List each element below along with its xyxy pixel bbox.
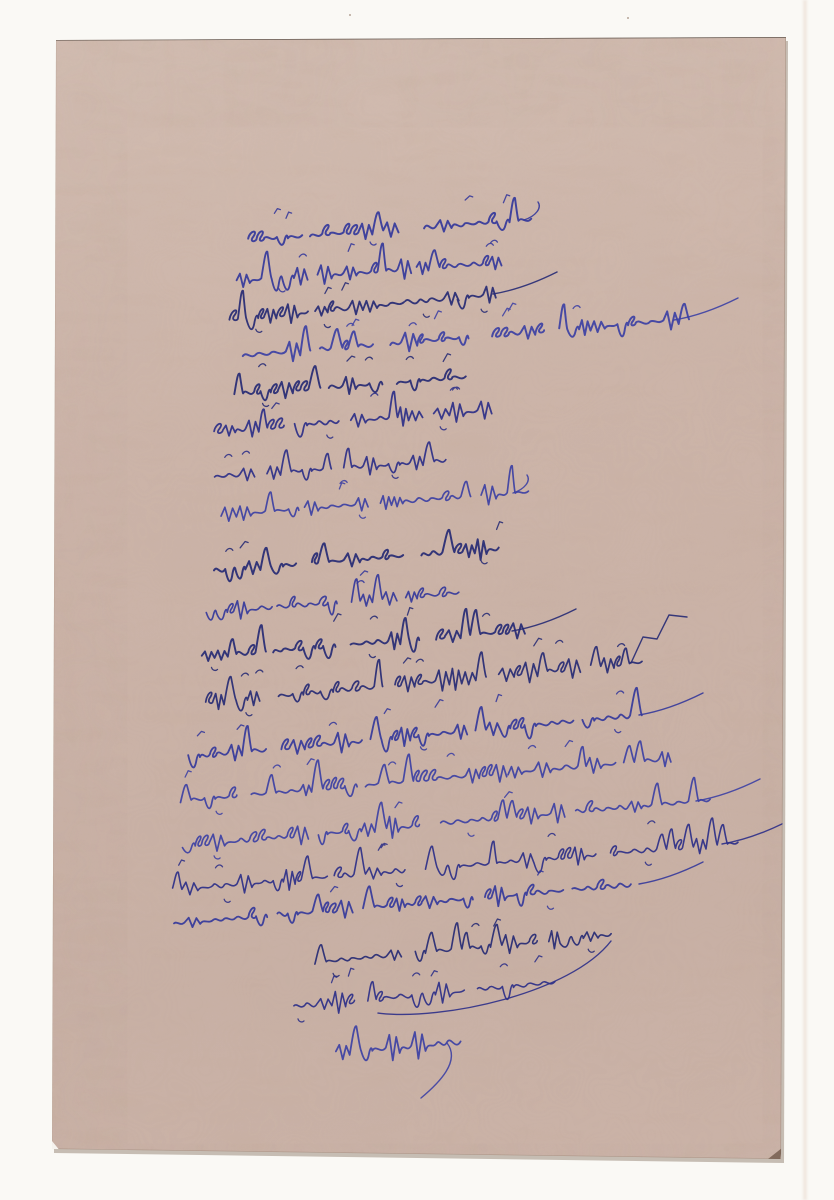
signature: [336, 1026, 461, 1098]
ink-stroke: [206, 647, 642, 711]
ink-stroke: [524, 202, 539, 220]
handwritten-line-11: [202, 608, 576, 671]
handwritten-line-19: [294, 941, 611, 1022]
ink-stroke: [202, 609, 525, 661]
handwritten-line-10: [206, 571, 458, 620]
handwriting-layer: [0, 0, 834, 1200]
ink-stroke: [294, 982, 555, 1014]
ink-stroke: [493, 272, 557, 294]
ink-stroke: [181, 741, 671, 808]
ink-stroke: [237, 243, 502, 290]
paper-sheet: [0, 0, 834, 1200]
handwritten-line-18: [315, 919, 611, 976]
scanned-document: [0, 0, 834, 1200]
handwritten-line-7: [215, 442, 446, 480]
ink-stroke: [639, 693, 703, 715]
ink-stroke: [214, 391, 492, 436]
ink-stroke: [234, 366, 465, 400]
ink-stroke: [226, 522, 503, 564]
ink-stroke: [212, 608, 490, 671]
ink-stroke: [173, 818, 738, 895]
ink-stroke: [722, 822, 786, 844]
ink-stroke: [206, 575, 458, 620]
ink-stroke: [243, 304, 689, 361]
ink-stroke: [215, 442, 446, 480]
handwritten-line-9: [214, 522, 503, 581]
ink-stroke: [696, 779, 760, 801]
ink-stroke: [274, 195, 509, 245]
handwritten-line-5: [234, 354, 465, 407]
handwritten-line-14: [181, 741, 671, 815]
dust-speck: [349, 14, 351, 16]
ink-stroke: [336, 1026, 461, 1060]
ink-stroke: [339, 481, 365, 519]
scanner-streak: [803, 0, 807, 1200]
handwritten-line-6: [214, 387, 492, 438]
ink-stroke: [674, 298, 738, 320]
handwritten-line-1: [248, 195, 539, 245]
ink-stroke: [183, 778, 711, 853]
ink-stroke: [631, 615, 687, 663]
ink-stroke: [315, 923, 611, 964]
dust-speck: [627, 17, 629, 19]
handwritten-line-15: [183, 778, 761, 859]
ink-stroke: [378, 941, 611, 1014]
ink-stroke: [357, 571, 368, 584]
ink-stroke: [214, 530, 499, 581]
handwritten-line-2: [237, 240, 502, 292]
ink-stroke: [298, 956, 542, 1022]
ink-stroke: [188, 688, 642, 768]
corner-fold: [768, 1148, 782, 1159]
ink-stroke: [229, 287, 495, 330]
handwritten-text-block: [173, 195, 786, 1098]
ink-stroke: [248, 198, 531, 245]
ink-stroke: [272, 387, 460, 438]
scan-background: { "document": { "kind": "scanned handwri…: [0, 0, 834, 1200]
handwritten-line-12: [206, 615, 687, 716]
